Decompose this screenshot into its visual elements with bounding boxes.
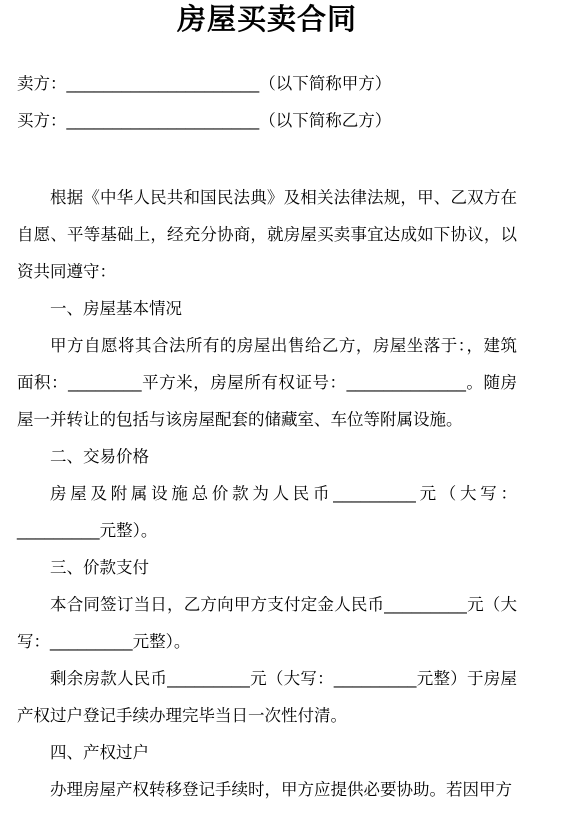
- document-title: 房屋买卖合同: [17, 2, 517, 38]
- section-2-paragraph-1: 房屋及附属设施总价款为人民币_________元（大写：_________元整）…: [17, 476, 517, 550]
- section-3-heading: 三、价款支付: [17, 550, 517, 587]
- buyer-label: 买方：: [17, 112, 67, 130]
- seller-line: 卖方：_____________________（以下简称甲方）: [17, 66, 517, 103]
- buyer-note: （以下简称乙方）: [259, 112, 391, 130]
- section-2-heading: 二、交易价格: [17, 439, 517, 476]
- section-4-heading: 四、产权过户: [17, 735, 517, 772]
- section-1-heading: 一、房屋基本情况: [17, 291, 517, 328]
- document-page: { "title": "房屋买卖合同", "parties": { "selle…: [0, 0, 573, 824]
- contract-document: 房屋买卖合同 卖方：_____________________（以下简称甲方） …: [0, 0, 573, 824]
- seller-note: （以下简称甲方）: [259, 75, 391, 93]
- seller-name-blank: _____________________: [67, 75, 260, 93]
- section-4-paragraph-1: 办理房屋产权转移登记手续时，甲方应提供必要协助。若因甲方: [17, 772, 517, 809]
- preamble-paragraph: 根据《中华人民共和国民法典》及相关法律法规，甲、乙双方在自愿、平等基础上，经充分…: [17, 180, 517, 291]
- seller-label: 卖方：: [17, 75, 67, 93]
- section-1-paragraph-1: 甲方自愿将其合法所有的房屋出售给乙方，房屋坐落于：，建筑面积：________平…: [17, 328, 517, 439]
- buyer-name-blank: _____________________: [67, 112, 260, 130]
- section-3-paragraph-2: 剩余房款人民币_________元（大写：_________元整）于房屋产权过户…: [17, 661, 517, 735]
- section-3-paragraph-1: 本合同签订当日，乙方向甲方支付定金人民币_________元（大写：______…: [17, 587, 517, 661]
- buyer-line: 买方：_____________________（以下简称乙方）: [17, 103, 517, 140]
